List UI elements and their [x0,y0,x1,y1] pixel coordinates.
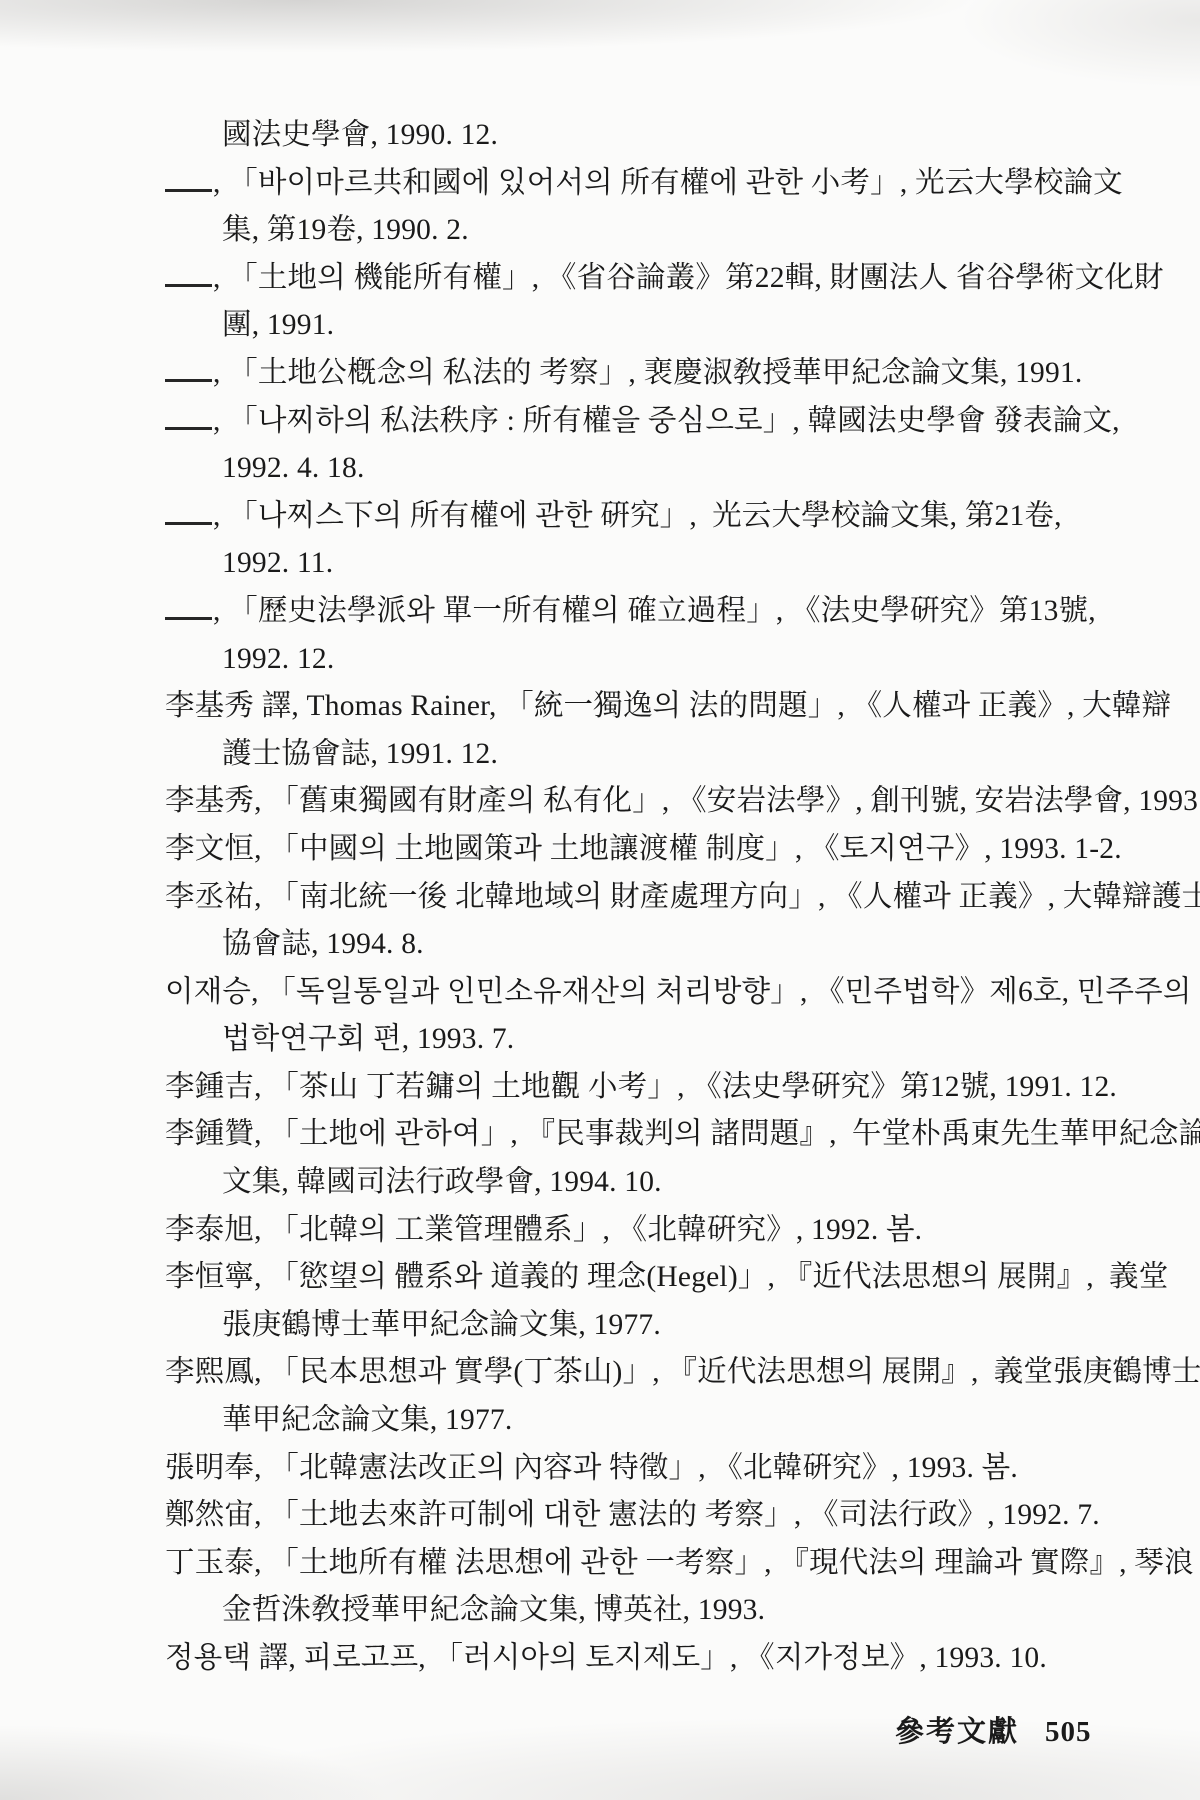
bib-line-text: 정용택 譯, 피로고프, 「러시아의 토지제도」, 《지가정보》, 1993. … [165,1642,1047,1674]
bib-line: , 「바이마르共和國에 있어서의 所有權에 관한 小考」, 光云大學校論文 [165,160,1115,208]
same-author-underscore [165,352,212,382]
bib-line-text: , 「歷史法學派와 單一所有權의 確立過程」, 《法史學硏究》第13號, [213,595,1096,627]
bib-line-text: , 「土地公槪念의 私法的 考察」, 裵慶淑敎授華甲紀念論文集, 1991. [213,357,1082,389]
bib-line: 金哲洙敎授華甲紀念論文集, 博英社, 1993. [165,1587,1115,1635]
bib-line: 文集, 韓國司法行政學會, 1994. 10. [165,1159,1115,1207]
bib-line: 李基秀, 「舊東獨國有財產의 私有化」, 《安岩法學》, 創刊號, 安岩法學會,… [165,778,1115,826]
bib-line-text: 李熙鳳, 「民本思想과 實學(丁茶山)」, 『近代法思想의 展開』, 義堂張庚鶴… [165,1356,1200,1388]
bib-line-text: 丁玉泰, 「土地所有權 法思想에 관한 一考察」, 『現代法의 理論과 實際』,… [165,1547,1194,1579]
footer-section-label: 參考文獻 [895,1716,1019,1748]
bib-line: 丁玉泰, 「土地所有權 法思想에 관한 一考察」, 『現代法의 理論과 實際』,… [165,1540,1115,1588]
bib-line-text: 李基秀, 「舊東獨國有財產의 私有化」, 《安岩法學》, 創刊號, 安岩法學會,… [165,785,1200,817]
bib-line: 張明奉, 「北韓憲法改正의 內容과 特徵」, 《北韓硏究》, 1993. 봄. [165,1445,1115,1493]
bib-line-text: 李鍾贊, 「土地에 관하여」, 『民事裁判의 諸問題』, 午堂朴禹東先生華甲紀念… [165,1118,1200,1150]
bib-line-text: , 「나찌하의 私法秩序 : 所有權을 중심으로」, 韓國法史學會 發表論文, [213,405,1120,437]
bib-line-text: 1992. 12. [222,643,334,675]
bib-line-text: 이재승, 「독일통일과 인민소유재산의 처리방향」, 《민주법학》제6호, 민주… [165,976,1192,1008]
bib-line: 이재승, 「독일통일과 인민소유재산의 처리방향」, 《민주법학》제6호, 민주… [165,969,1115,1017]
bib-line: 華甲紀念論文集, 1977. [165,1397,1115,1445]
bib-line: 李文恒, 「中國의 土地國策과 土地讓渡權 制度」, 《토지연구》, 1993.… [165,826,1115,874]
bib-line: 李鍾吉, 「茶山 丁若鏞의 土地觀 小考」, 《法史學硏究》第12號, 1991… [165,1064,1115,1112]
bib-line: 李鍾贊, 「土地에 관하여」, 『民事裁判의 諸問題』, 午堂朴禹東先生華甲紀念… [165,1111,1115,1159]
bib-line: 1992. 12. [165,636,1115,684]
bib-line-text: 1992. 4. 18. [222,452,365,484]
bib-line: , 「나찌하의 私法秩序 : 所有權을 중심으로」, 韓國法史學會 發表論文, [165,398,1115,446]
footer-page-number: 505 [1045,1716,1092,1748]
bib-line: 團, 1991. [165,302,1115,350]
bib-line-text: , 「나찌스下의 所有權에 관한 硏究」, 光云大學校論文集, 第21卷, [213,500,1062,532]
bib-line: 集, 第19卷, 1990. 2. [165,207,1115,255]
bib-line: 1992. 11. [165,540,1115,588]
bib-line-text: 張庚鶴博士華甲紀念論文集, 1977. [222,1309,661,1341]
same-author-underscore [165,161,212,191]
page-footer: 參考文獻505 [858,1676,1092,1783]
bib-line-text: 華甲紀念論文集, 1977. [222,1404,512,1436]
bib-line-text: 協會誌, 1994. 8. [222,928,424,960]
bib-line: 鄭然宙, 「土地去來許可制에 대한 憲法的 考察」, 《司法行政》, 1992.… [165,1492,1115,1540]
bib-line: 李熙鳳, 「民本思想과 實學(丁茶山)」, 『近代法思想의 展開』, 義堂張庚鶴… [165,1349,1115,1397]
bib-line-text: 李丞祐, 「南北統一後 北韓地域의 財產處理方向」, 《人權과 正義》, 大韓辯… [165,881,1200,913]
bib-line-text: 1992. 11. [222,547,333,579]
bib-line: 李基秀 譯, Thomas Rainer, 「統一獨逸의 法的問題」, 《人權과… [165,683,1115,731]
bib-line: , 「土地의 機能所有權」, 《省谷論叢》第22輯, 財團法人 省谷學術文化財 [165,255,1115,303]
bib-line-text: , 「土地의 機能所有權」, 《省谷論叢》第22輯, 財團法人 省谷學術文化財 [213,262,1164,294]
bib-line-text: 張明奉, 「北韓憲法改正의 內容과 特徵」, 《北韓硏究》, 1993. 봄. [165,1452,1018,1484]
bib-line-text: 護士協會誌, 1991. 12. [222,738,498,770]
bib-line: 協會誌, 1994. 8. [165,921,1115,969]
bib-line-text: 李文恒, 「中國의 土地國策과 土地讓渡權 制度」, 《토지연구》, 1993.… [165,833,1122,865]
bib-line: , 「나찌스下의 所有權에 관한 硏究」, 光云大學校論文集, 第21卷, [165,493,1115,541]
bib-line-text: 李恒寧, 「慾望의 體系와 道義的 理念(Hegel)」, 『近代法思想의 展開… [165,1261,1168,1293]
bib-line-text: 鄭然宙, 「土地去來許可制에 대한 憲法的 考察」, 《司法行政》, 1992.… [165,1499,1100,1531]
bib-line-text: 李泰旭, 「北韓의 工業管理體系」, 《北韓硏究》, 1992. 봄. [165,1214,922,1246]
bib-line-text: 團, 1991. [222,309,334,341]
bib-line: 李泰旭, 「北韓의 工業管理體系」, 《北韓硏究》, 1992. 봄. [165,1207,1115,1255]
same-author-underscore [165,257,212,287]
bib-line: , 「土地公槪念의 私法的 考察」, 裵慶淑敎授華甲紀念論文集, 1991. [165,350,1115,398]
bib-line: 李恒寧, 「慾望의 體系와 道義的 理念(Hegel)」, 『近代法思想의 展開… [165,1254,1115,1302]
bib-line-text: 李基秀 譯, Thomas Rainer, 「統一獨逸의 法的問題」, 《人權과… [165,690,1171,722]
bib-line-text: 文集, 韓國司法行政學會, 1994. 10. [222,1166,662,1198]
bib-line-text: 國法史學會, 1990. 12. [222,119,498,151]
bib-line-text: 법학연구회 편, 1993. 7. [222,1023,514,1055]
bib-line: 國法史學會, 1990. 12. [165,112,1115,160]
bib-line: 1992. 4. 18. [165,445,1115,493]
bib-line: 張庚鶴博士華甲紀念論文集, 1977. [165,1302,1115,1350]
bib-line: 李丞祐, 「南北統一後 北韓地域의 財產處理方向」, 《人權과 正義》, 大韓辯… [165,874,1115,922]
same-author-underscore [165,590,212,620]
bib-line: 법학연구회 편, 1993. 7. [165,1016,1115,1064]
same-author-underscore [165,495,212,525]
bib-line: 護士協會誌, 1991. 12. [165,731,1115,779]
bibliography-text-block: 國法史學會, 1990. 12. , 「바이마르共和國에 있어서의 所有權에 관… [165,112,1115,1683]
bib-line: , 「歷史法學派와 單一所有權의 確立過程」, 《法史學硏究》第13號, [165,588,1115,636]
same-author-underscore [165,399,212,429]
scanned-bibliography-page: 國法史學會, 1990. 12. , 「바이마르共和國에 있어서의 所有權에 관… [0,0,1200,1800]
bib-line-text: 李鍾吉, 「茶山 丁若鏞의 土地觀 小考」, 《法史學硏究》第12號, 1991… [165,1071,1117,1103]
bib-line-text: , 「바이마르共和國에 있어서의 所有權에 관한 小考」, 光云大學校論文 [213,167,1123,199]
bib-line-text: 金哲洙敎授華甲紀念論文集, 博英社, 1993. [222,1594,765,1626]
bib-line-text: 集, 第19卷, 1990. 2. [222,214,469,246]
